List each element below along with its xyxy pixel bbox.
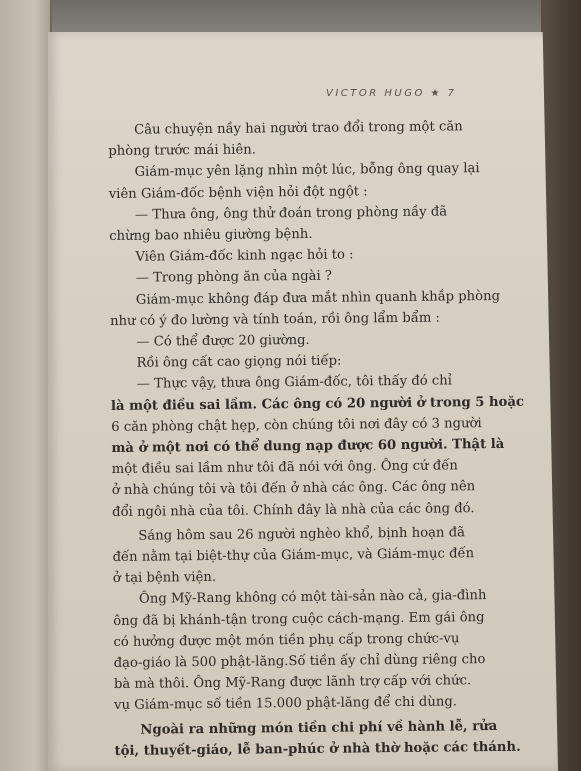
facing-page-edge bbox=[0, 0, 52, 771]
page-body: Câu chuyện nầy hai người trao đổi trong … bbox=[108, 115, 555, 762]
running-head: VICTOR HUGO ★ 7 bbox=[326, 88, 457, 99]
